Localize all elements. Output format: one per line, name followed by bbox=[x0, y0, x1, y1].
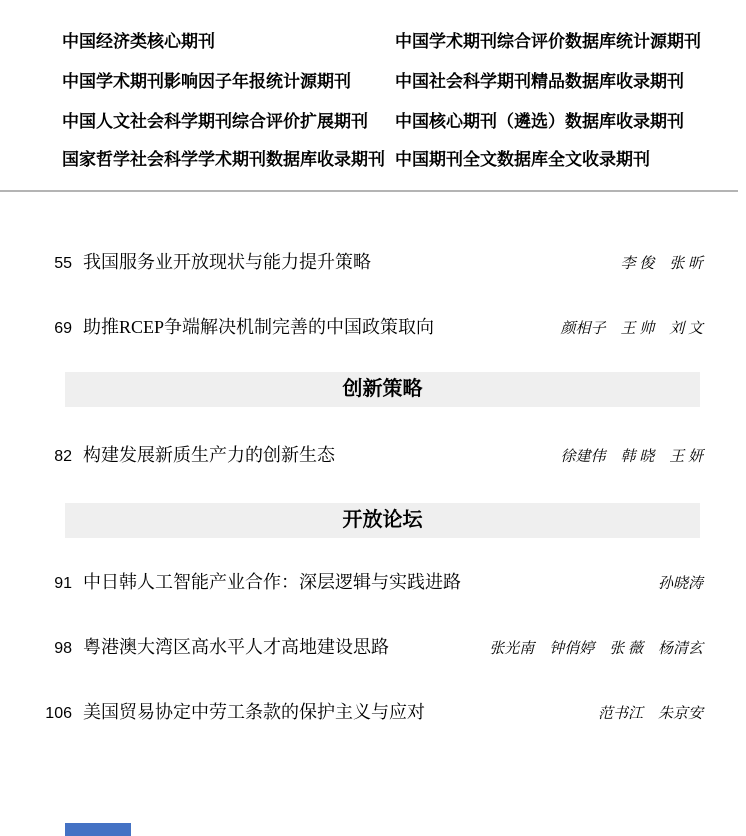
toc-entry: 98 粤港澳大湾区高水平人才高地建设思路 张光南 钟俏婷 张 薇 杨清玄 bbox=[0, 636, 703, 660]
toc-authors: 李 俊 张 昕 bbox=[620, 253, 703, 275]
accolade-text: 中国人文社会科学期刊综合评价扩展期刊 bbox=[62, 111, 395, 133]
toc-page-number: 82 bbox=[0, 446, 72, 468]
toc-page-number: 55 bbox=[0, 253, 72, 275]
toc-page-number: 69 bbox=[0, 318, 72, 340]
toc-entry: 91 中日韩人工智能产业合作：深层逻辑与实践进路 孙晓涛 bbox=[0, 571, 703, 595]
footer-accent-bar bbox=[65, 823, 131, 836]
section-header-label: 开放论坛 bbox=[343, 509, 423, 531]
toc-authors: 徐建伟 韩 晓 王 妍 bbox=[560, 446, 703, 468]
accolade-text: 中国经济类核心期刊 bbox=[62, 31, 395, 53]
toc-page-number: 98 bbox=[0, 638, 72, 660]
accolade-text: 中国学术期刊影响因子年报统计源期刊 bbox=[62, 71, 395, 93]
toc-authors: 颜相子 王 帅 刘 文 bbox=[560, 318, 703, 340]
accolade-row: 中国人文社会科学期刊综合评价扩展期刊 中国核心期刊（遴选）数据库收录期刊 bbox=[62, 111, 684, 133]
accolade-text: 中国核心期刊（遴选）数据库收录期刊 bbox=[395, 111, 684, 133]
toc-article-title: 中日韩人工智能产业合作：深层逻辑与实践进路 bbox=[83, 571, 461, 593]
section-header-innovation-strategy: 创新策略 bbox=[65, 372, 700, 407]
toc-entry: 82 构建发展新质生产力的创新生态 徐建伟 韩 晓 王 妍 bbox=[0, 444, 703, 468]
accolade-row: 中国经济类核心期刊 中国学术期刊综合评价数据库统计源期刊 bbox=[62, 31, 701, 53]
accolade-row: 国家哲学社会科学学术期刊数据库收录期刊 中国期刊全文数据库全文收录期刊 bbox=[62, 149, 650, 171]
toc-entry: 55 我国服务业开放现状与能力提升策略 李 俊 张 昕 bbox=[0, 251, 703, 275]
toc-article-title: 美国贸易协定中劳工条款的保护主义与应对 bbox=[83, 701, 425, 723]
toc-entry: 106 美国贸易协定中劳工条款的保护主义与应对 范书江 朱京安 bbox=[0, 701, 703, 725]
section-header-label: 创新策略 bbox=[343, 378, 423, 400]
toc-article-title: 助推RCEP争端解决机制完善的中国政策取向 bbox=[83, 316, 434, 338]
divider-line bbox=[0, 190, 738, 192]
accolade-text: 国家哲学社会科学学术期刊数据库收录期刊 bbox=[62, 149, 395, 171]
toc-authors: 范书江 朱京安 bbox=[598, 703, 703, 725]
accolade-text: 中国学术期刊综合评价数据库统计源期刊 bbox=[395, 31, 701, 53]
toc-article-title: 构建发展新质生产力的创新生态 bbox=[83, 444, 335, 466]
toc-article-title: 粤港澳大湾区高水平人才高地建设思路 bbox=[83, 636, 389, 658]
accolade-row: 中国学术期刊影响因子年报统计源期刊 中国社会科学期刊精品数据库收录期刊 bbox=[62, 71, 684, 93]
journal-toc-page: 中国经济类核心期刊 中国学术期刊综合评价数据库统计源期刊 中国学术期刊影响因子年… bbox=[0, 0, 746, 836]
toc-page-number: 106 bbox=[0, 703, 72, 725]
accolade-text: 中国期刊全文数据库全文收录期刊 bbox=[395, 149, 650, 171]
toc-article-title: 我国服务业开放现状与能力提升策略 bbox=[83, 251, 371, 273]
section-header-open-forum: 开放论坛 bbox=[65, 503, 700, 538]
accolade-text: 中国社会科学期刊精品数据库收录期刊 bbox=[395, 71, 684, 93]
toc-entry: 69 助推RCEP争端解决机制完善的中国政策取向 颜相子 王 帅 刘 文 bbox=[0, 316, 703, 340]
toc-authors: 张光南 钟俏婷 张 薇 杨清玄 bbox=[489, 638, 703, 660]
toc-authors: 孙晓涛 bbox=[658, 573, 703, 595]
toc-page-number: 91 bbox=[0, 573, 72, 595]
